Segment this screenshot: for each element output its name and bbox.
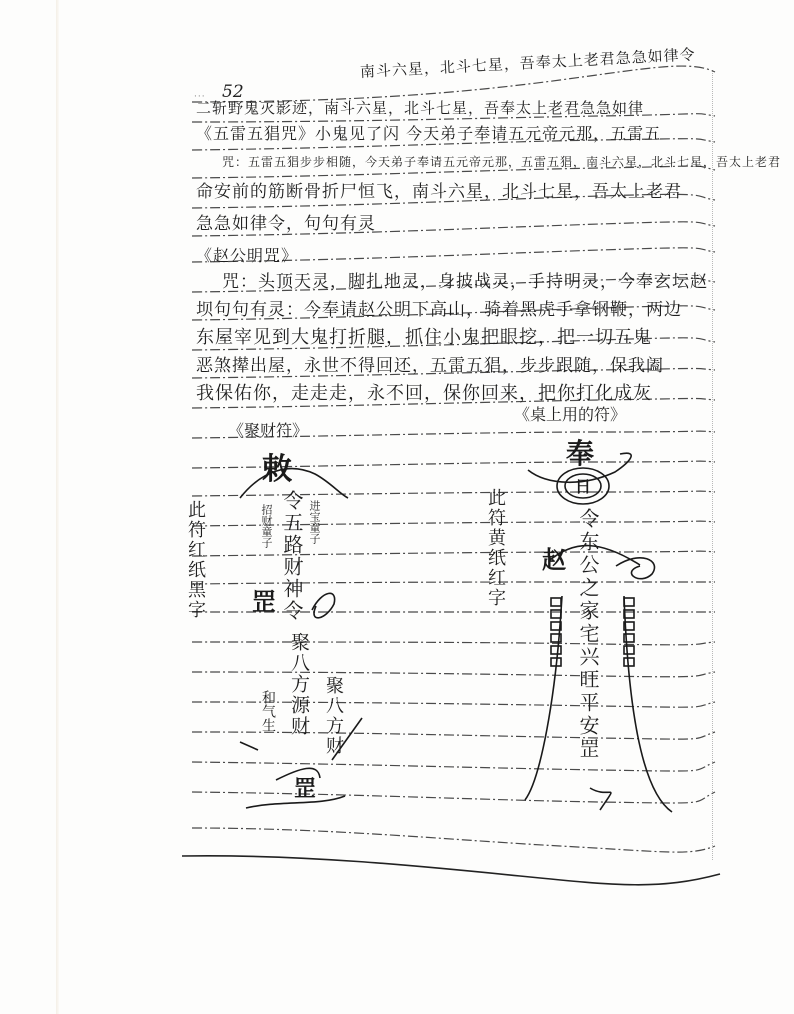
left-talisman-title: 《聚财符》 <box>228 418 308 441</box>
text-line-10: 东屋宰见到大鬼打折腿，抓住小鬼把眼挖，把一切五鬼 <box>196 328 652 348</box>
right-talisman-circle-glyph: 日 <box>575 474 591 497</box>
right-talisman-side-note: 此符黄纸红字 <box>482 488 508 608</box>
text-line-11: 恶煞撵出屋，永世不得回还，五雷五猖，步步跟随，保我阖 <box>196 356 664 376</box>
right-talisman-title: 《桌上用的符》 <box>514 402 626 425</box>
left-talisman-lower-left-note: 和气生 <box>258 690 278 732</box>
text-line-6: 急急如律令，句句有灵 <box>196 214 376 234</box>
left-talisman-right-note: 进宝童子 <box>306 500 322 544</box>
section-heading-zhao-gongming: 《赵公明咒》 <box>196 246 298 266</box>
left-talisman-top-glyph: 敕 <box>262 444 292 488</box>
left-talisman-side-note: 此符红纸黑字 <box>182 500 208 620</box>
text-line-12: 我保佑你，走走走，永不回，保你回来，把你打化成灰 <box>196 384 652 404</box>
text-line-5: 命安前的筋断骨折尸恒飞，南斗六星，北斗七星，吾太上老君 <box>196 182 682 202</box>
text-line-8: 咒：头顶天灵，脚扎地灵，身披战灵，手持明灵，今奉玄坛赵 <box>222 272 708 292</box>
left-talisman-left-note: 招财童子 <box>258 504 274 548</box>
text-line-2: 二斩野鬼灭影迹，南斗六星，北斗七星，吾奉太上老君急急如律 <box>196 98 644 118</box>
left-talisman-lower-column: 聚八方源财 <box>286 632 313 737</box>
right-talisman-column: 令东公之家宅兴旺平安罡 <box>574 508 603 761</box>
left-talisman-center-column: 令五路财神令 <box>278 490 307 622</box>
right-talisman-top-glyph: 奉 <box>566 432 594 472</box>
left-talisman-bottom-glyph: 罡 <box>294 772 316 803</box>
right-talisman-left-glyph: 赵 <box>542 540 566 575</box>
text-line-4: 咒：五雷五猖步步相随，今天弟子奉请五元帝元那，五雷五猖，南斗六星，北斗七星，吾太… <box>222 152 781 172</box>
text-line-9: 坝句句有灵：今奉请赵公明下高山，骑着黑虎手拿钢鞭，两边 <box>196 300 682 320</box>
text-line-3: 《五雷五猖咒》小鬼见了闪 今天弟子奉请五元帝元那，五雷五 <box>196 124 661 144</box>
bottom-solid-line <box>182 856 720 885</box>
left-talisman-middle-glyph: 罡 <box>252 582 276 617</box>
left-talisman-lower-right-column: 聚八方财 <box>320 676 346 756</box>
